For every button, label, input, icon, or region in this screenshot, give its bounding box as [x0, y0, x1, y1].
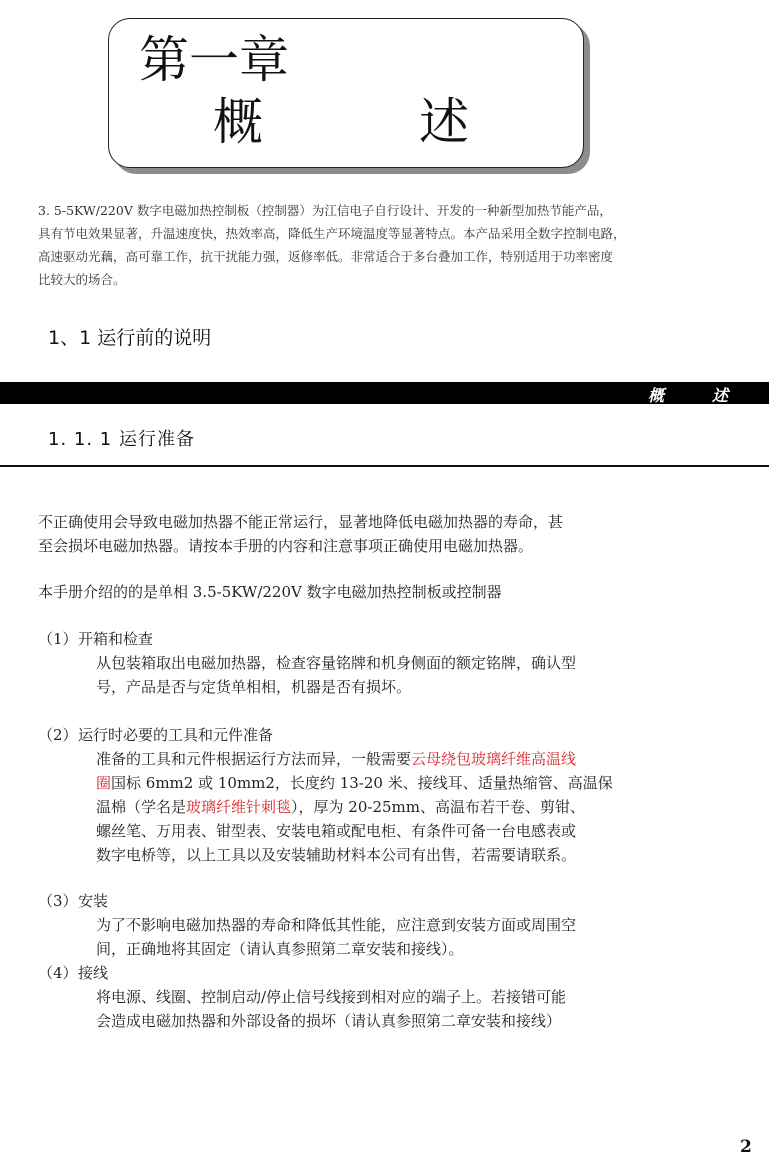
page-number: 2 [740, 1137, 752, 1157]
item-line: 螺丝笔、万用表、钳型表、安装电箱或配电柜、有条件可备一台电感表或 [96, 819, 716, 843]
item-title: 开箱和检查 [78, 627, 153, 651]
text-run: 国标 6mm2 或 10mm2，长度约 13-20 米、接线耳、适量热缩管、高温… [111, 774, 613, 792]
intro-line: 高速驱动光藕，高可靠工作，抗干扰能力强，返修率低。非常适合于多台叠加工作，特别适… [38, 245, 728, 268]
item-number: （4） [38, 961, 78, 985]
paragraph-scope: 本手册介绍的的是单相 3.5-5KW/220V 数字电磁加热控制板或控制器 [38, 580, 718, 604]
header-bar-char-1: 概 [648, 383, 664, 406]
item-line: 间，正确地将其固定（请认真参照第二章安装和接线）。 [96, 937, 716, 961]
text-run: 温棉（学名是 [96, 798, 186, 816]
chapter-title-char-2: 述 [419, 89, 469, 155]
item-line: 号，产品是否与定货单相相，机器是否有损坏。 [96, 675, 716, 699]
highlight-blanket: 玻璃纤维针刺毯 [186, 798, 291, 816]
item-text: 将电源、线圈、控制启动/停止信号线接到相对应的端子上。若接错可能 会造成电磁加热… [96, 985, 716, 1033]
paragraph-line: 不正确使用会导致电磁加热器不能正常运行，显著地降低电磁加热器的寿命，甚 [38, 510, 718, 534]
item-line: 温棉（学名是玻璃纤维针刺毯），厚为 20-25mm、高温布若干卷、剪钳、 [96, 795, 716, 819]
item-line: 数字电桥等，以上工具以及安装辅助材料本公司有出售，若需要请联系。 [96, 843, 716, 867]
item-text: 为了不影响电磁加热器的寿命和降低其性能，应注意到安装方面或周围空 间，正确地将其… [96, 913, 716, 961]
header-bar: 概 述 [0, 382, 769, 404]
item-line: 从包装箱取出电磁加热器，检查容量铭牌和机身侧面的额定铭牌，确认型 [96, 651, 716, 675]
intro-line: 比较大的场合。 [38, 268, 728, 291]
text-run: 准备的工具和元件根据运行方法而异，一般需要 [96, 750, 411, 768]
text-run: ），厚为 20-25mm、高温布若干卷、剪钳、 [291, 798, 585, 816]
highlight-coil: 云母绕包玻璃纤维高温线 [411, 750, 576, 768]
item-text: 准备的工具和元件根据运行方法而异，一般需要云母绕包玻璃纤维高温线 圈国标 6mm… [96, 747, 716, 867]
intro-line: 3. 5-5KW/220V 数字电磁加热控制板（控制器）为江信电子自行设计、开发… [38, 199, 728, 222]
paragraph-warning: 不正确使用会导致电磁加热器不能正常运行，显著地降低电磁加热器的寿命，甚 至会损坏… [38, 510, 718, 558]
section-title: 1、1 运行前的说明 [48, 323, 211, 350]
item-line: 将电源、线圈、控制启动/停止信号线接到相对应的端子上。若接错可能 [96, 985, 716, 1009]
chapter-title-char-1: 概 [213, 89, 263, 155]
item-title: 运行时必要的工具和元件准备 [78, 723, 273, 747]
intro-paragraph: 3. 5-5KW/220V 数字电磁加热控制板（控制器）为江信电子自行设计、开发… [38, 199, 728, 291]
chapter-label: 第一章 [139, 27, 289, 93]
item-title: 安装 [78, 889, 108, 913]
item-text: 从包装箱取出电磁加热器，检查容量铭牌和机身侧面的额定铭牌，确认型 号，产品是否与… [96, 651, 716, 699]
item-line: 会造成电磁加热器和外部设备的损坏（请认真参照第二章安装和接线） [96, 1009, 716, 1033]
item-title: 接线 [78, 961, 108, 985]
item-number: （1） [38, 627, 78, 651]
item-line: 为了不影响电磁加热器的寿命和降低其性能，应注意到安装方面或周围空 [96, 913, 716, 937]
subsection-title: 1. 1. 1 运行准备 [48, 425, 195, 451]
item-line: 圈国标 6mm2 或 10mm2，长度约 13-20 米、接线耳、适量热缩管、高… [96, 771, 716, 795]
item-line: 准备的工具和元件根据运行方法而异，一般需要云母绕包玻璃纤维高温线 [96, 747, 716, 771]
divider [0, 465, 769, 467]
chapter-title-box: 第一章 概 述 [108, 18, 584, 168]
item-number: （3） [38, 889, 78, 913]
paragraph-line: 至会损坏电磁加热器。请按本手册的内容和注意事项正确使用电磁加热器。 [38, 534, 718, 558]
header-bar-char-2: 述 [712, 383, 728, 406]
paragraph-line: 本手册介绍的的是单相 3.5-5KW/220V 数字电磁加热控制板或控制器 [38, 580, 718, 604]
item-number: （2） [38, 723, 78, 747]
intro-line: 具有节电效果显著，升温速度快，热效率高，降低生产环境温度等显著特点。本产品采用全… [38, 222, 728, 245]
highlight-coil-end: 圈 [96, 774, 111, 792]
